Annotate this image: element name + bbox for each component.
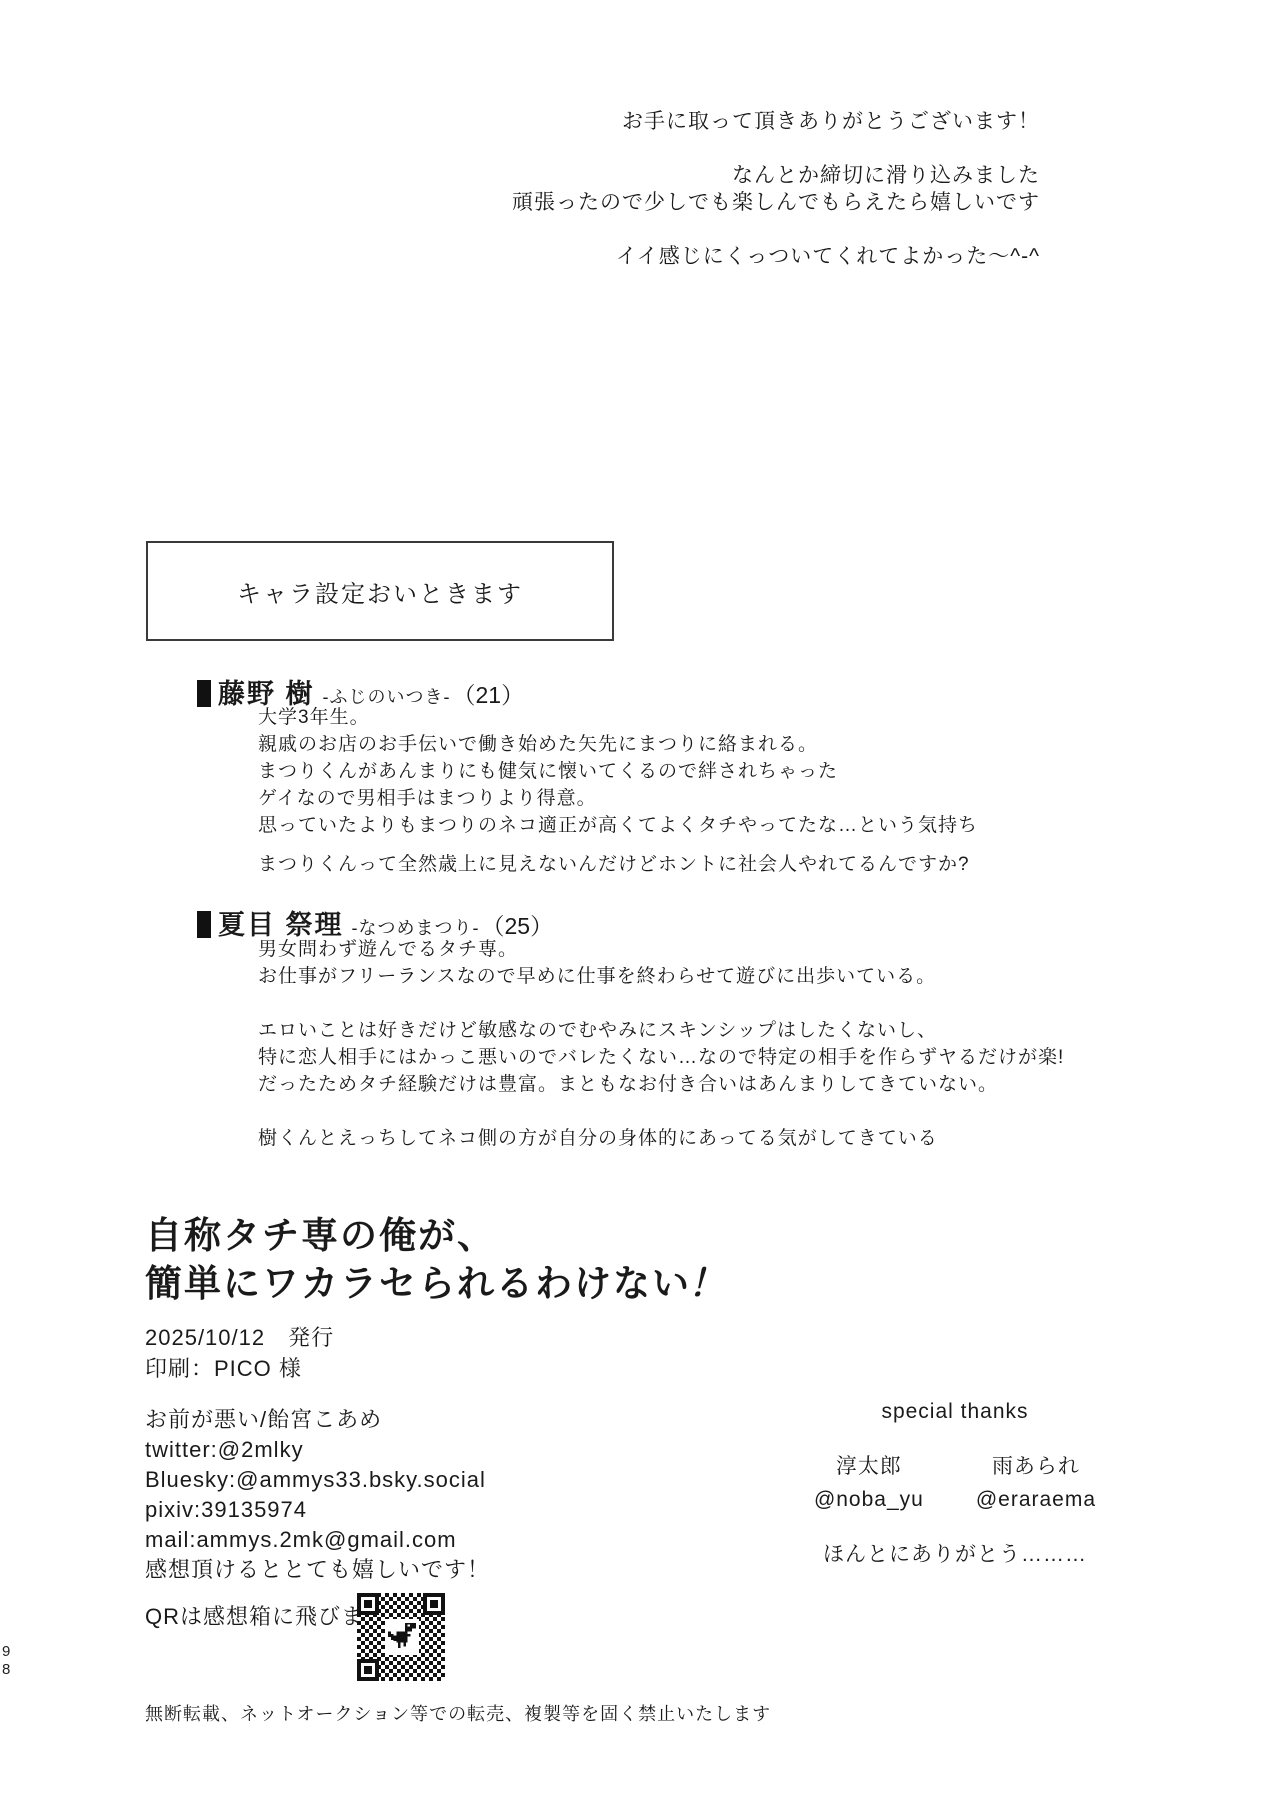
character-furigana: -なつめまつり- [352,918,480,938]
special-thanks-heading: special thanks [770,1400,1140,1424]
thanks-person: 淳太郎 @noba_yu [814,1450,924,1512]
publication-info: 2025/10/12 発行 印刷：PICO 様 [145,1322,334,1384]
bio-line: 親戚のお店のお手伝いで働き始めた矢先にまつりに絡まれる。 [258,731,978,758]
circle-author: お前が悪い/飴宮こあめ [145,1405,490,1435]
greeting-line: お手に取って頂きありがとうございます！ [512,108,1040,135]
special-thanks-people: 淳太郎 @noba_yu 雨あられ @eraraema [770,1450,1140,1512]
bio-line: だったためタチ経験だけは豊富。まともなお付き合いはあんまりしてきていない。 [258,1071,1064,1098]
qr-finder-icon [357,1593,379,1615]
thanks-person-name: 淳太郎 [814,1450,924,1480]
character-settings-box: キャラ設定おいときます [146,541,614,641]
character-settings-label: キャラ設定おいときます [237,574,523,609]
greeting-text: お手に取って頂きありがとうございます！ なんとか締切に滑り込みました 頑張ったの… [512,108,1040,270]
bio-line: ゲイなので男相手はまつりより得意。 [258,785,978,812]
thanks-person-handle: @eraraema [976,1488,1096,1512]
bio-line: 男女問わず遊んでるタチ専。 [258,936,936,963]
bio-line: お仕事がフリーランスなので早めに仕事を終わらせて遊びに出歩いている。 [258,963,936,990]
afterword-page: お手に取って頂きありがとうございます！ なんとか締切に滑り込みました 頑張ったの… [0,0,1280,1807]
character-2-bio-2: エロいことは好きだけど敏感なのでむやみにスキンシップはしたくないし、 特に恋人相… [258,1017,1064,1098]
special-thanks: special thanks 淳太郎 @noba_yu 雨あられ @erarae… [770,1400,1140,1568]
author-credits: お前が悪い/飴宮こあめ twitter:@2mlky Bluesky:@ammy… [145,1405,490,1585]
mail-address: mail:ammys.2mk@gmail.com [145,1525,490,1555]
thanks-person: 雨あられ @eraraema [976,1450,1096,1512]
bio-line: 大学3年生。 [258,704,978,731]
book-title-line-2: 簡単にワカラセられるわけない！ [145,1260,730,1308]
book-title-line-1: 自称タチ専の俺が、 [145,1212,730,1260]
greeting-line: イイ感じにくっついてくれてよかった〜^-^ [512,243,1040,270]
bio-line: 特に恋人相手にはかっこ悪いのでバレたくない…なので特定の相手を作らずヤるだけが楽… [258,1044,1064,1071]
qr-center [385,1619,419,1655]
thanks-person-name: 雨あられ [976,1450,1096,1480]
printer: 印刷：PICO 様 [145,1353,334,1384]
dino-icon [388,1623,416,1651]
book-title: 自称タチ専の俺が、 簡単にワカラセられるわけない！ [145,1212,730,1308]
greeting-line: 頑張ったので少しでも楽しんでもらえたら嬉しいです [512,189,1040,216]
bluesky-handle: Bluesky:@ammys33.bsky.social [145,1465,490,1495]
twitter-handle: twitter:@2mlky [145,1435,490,1465]
feedback-note: 感想頂けるととても嬉しいです！ [145,1555,490,1585]
qr-finder-icon [357,1659,379,1681]
pixiv-id: pixiv:39135974 [145,1495,490,1525]
character-1-note: まつりくんって全然歳上に見えないんだけどホントに社会人やれてるんですか? [258,851,970,878]
bio-line: まつりくんがあんまりにも健気に懐いてくるので絆されちゃった [258,758,978,785]
page-number: 9 8 [2,1643,10,1679]
character-2-note: 樹くんとえっちしてネコ側の方が自分の身体的にあってる気がしてきている [258,1125,938,1152]
greeting-line: なんとか締切に滑り込みました [512,162,1040,189]
character-1-bio: 大学3年生。 親戚のお店のお手伝いで働き始めた矢先にまつりに絡まれる。 まつりく… [258,704,978,839]
bio-line: エロいことは好きだけど敏感なのでむやみにスキンシップはしたくないし、 [258,1017,1064,1044]
black-square-bullet-icon [197,680,211,707]
slanted-exclamation: ！ [685,1260,736,1308]
black-square-bullet-icon [197,911,211,938]
character-2-bio: 男女問わず遊んでるタチ専。 お仕事がフリーランスなので早めに仕事を終わらせて遊び… [258,936,936,990]
qr-code [357,1593,445,1681]
bio-line: 思っていたよりもまつりのネコ適正が高くてよくタチやってたな…という気持ち [258,812,978,839]
reproduction-notice: 無断転載、ネットオークション等での転売、複製等を固く禁止いたします [145,1700,771,1726]
thanks-person-handle: @noba_yu [814,1488,924,1512]
issue-date: 2025/10/12 発行 [145,1322,334,1353]
qr-finder-icon [423,1593,445,1615]
special-thanks-message: ほんとにありがとう……… [770,1538,1140,1568]
